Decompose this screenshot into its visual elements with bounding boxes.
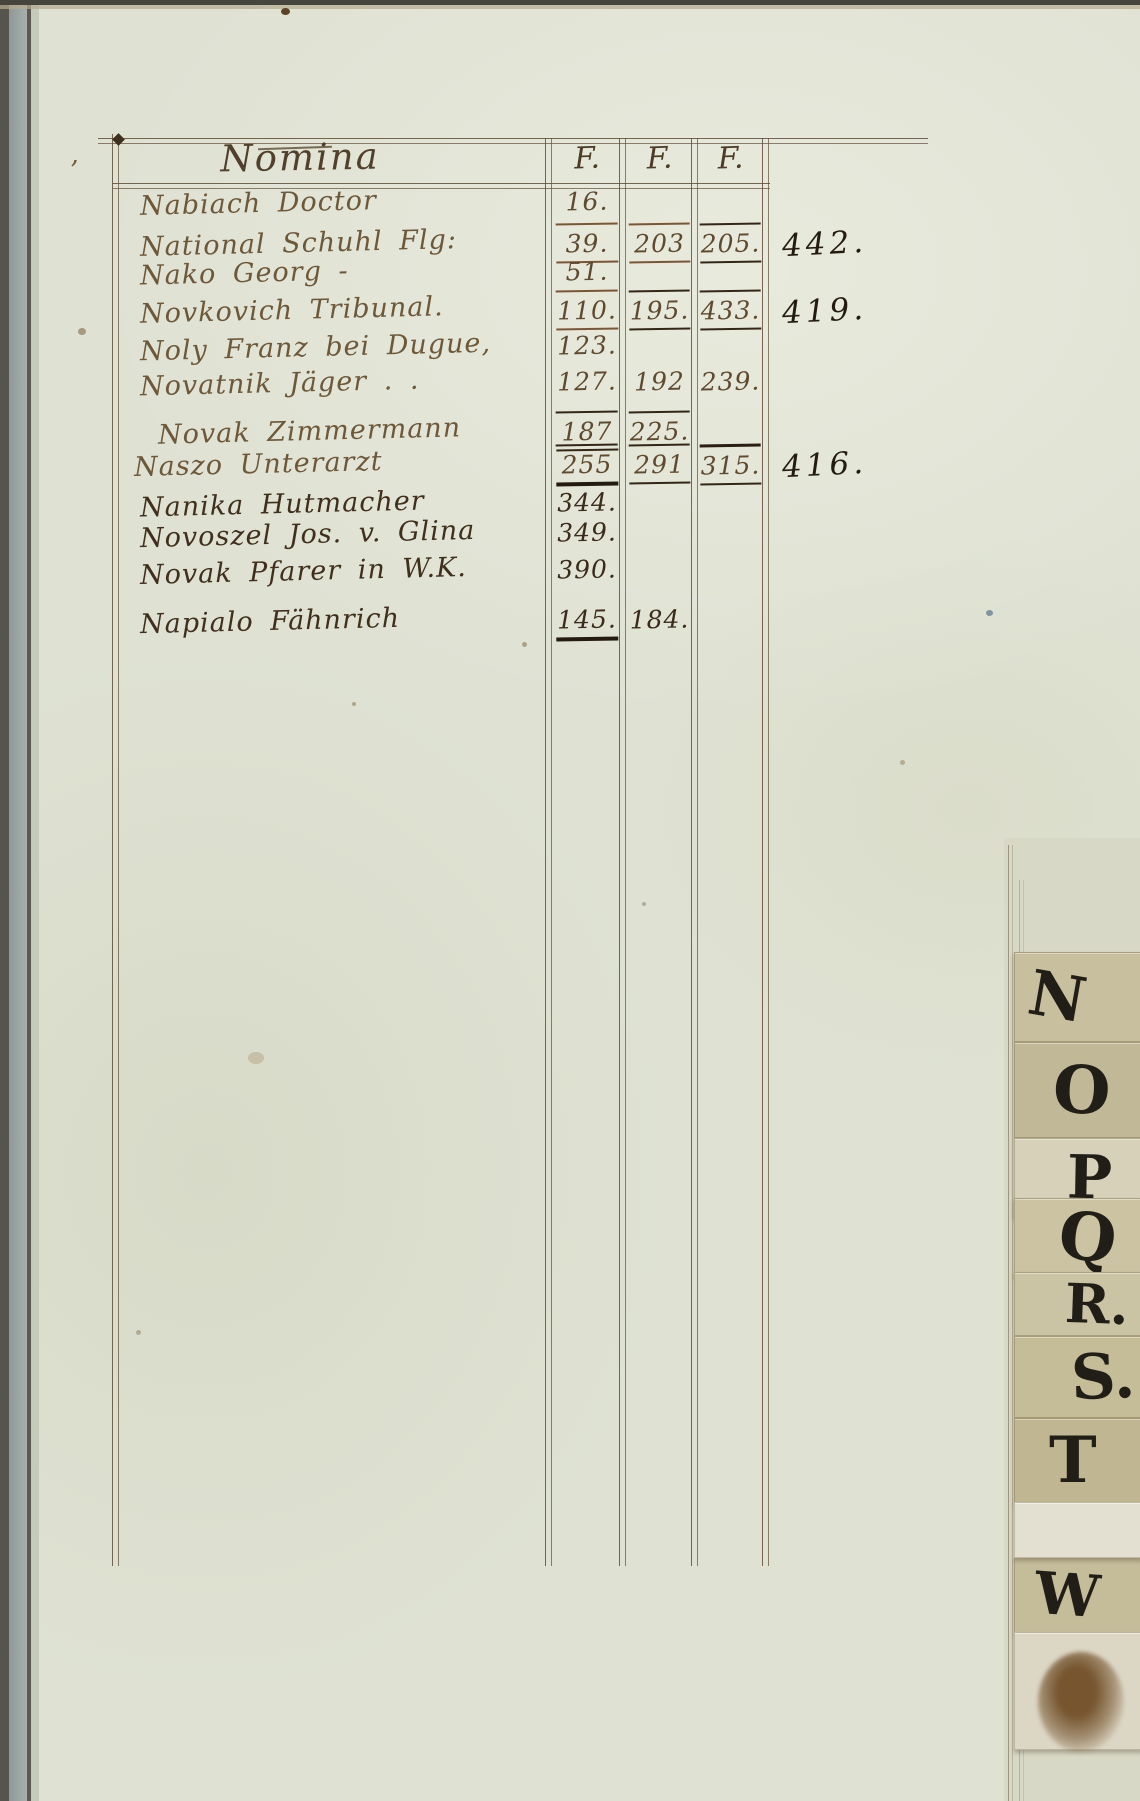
index-tab: R. — [1014, 1272, 1140, 1336]
stray-mark: ’ — [70, 156, 78, 186]
entry-name: Nabiach Doctor — [140, 185, 378, 222]
ruling-line — [691, 138, 698, 1566]
index-tab: N — [1014, 952, 1140, 1042]
speck — [900, 760, 905, 765]
speck — [352, 702, 356, 706]
margin-total: 419. — [781, 291, 868, 331]
folio-cell: 291 — [629, 443, 691, 484]
ledger-page-scan: Nomina F. F. F. Nabiach Doctor16.Nationa… — [0, 0, 1140, 1801]
binding-edge — [9, 0, 27, 1801]
folio-cell: 123. — [556, 326, 619, 363]
speck — [986, 610, 993, 616]
tab-letter: W — [1033, 1564, 1102, 1626]
speck — [642, 902, 646, 906]
folio-cell: 192 — [629, 362, 691, 399]
page-title: Nomina — [180, 134, 421, 181]
speck — [522, 642, 527, 647]
folio-cell: 349. — [556, 513, 619, 550]
index-tab: W — [1014, 1556, 1140, 1634]
index-tab: T — [1014, 1418, 1140, 1504]
tab-letter: N — [1024, 962, 1091, 1033]
folio-cell: 255 — [556, 443, 619, 486]
ruling-line — [545, 138, 552, 1566]
entry-name: Novak Pfarer in W.K. — [140, 552, 467, 591]
blank-tab — [1014, 1502, 1140, 1558]
entry-name: Naszo Unterarzt — [134, 446, 383, 483]
speck — [281, 8, 290, 15]
entry-name: Noly Franz bei Dugue, — [140, 328, 492, 368]
folio-cell: 433. — [700, 289, 762, 330]
folio-cell: 51. — [556, 252, 619, 289]
index-tab: S. — [1014, 1336, 1140, 1418]
entry-name: Novak Zimmermann — [158, 412, 462, 450]
index-tab: Q — [1014, 1198, 1140, 1276]
entry-name: Nako Georg - — [140, 255, 349, 291]
speck — [136, 1330, 141, 1335]
tab-letter: O — [1051, 1056, 1112, 1125]
margin-total: 442. — [781, 224, 868, 264]
tab-letter: Q — [1055, 1201, 1120, 1274]
ruling-line — [619, 138, 626, 1566]
binding-edge — [27, 0, 31, 1801]
folio-header: F. — [628, 135, 690, 181]
folio-cell: 16. — [556, 182, 619, 219]
folio-cell: 145. — [556, 600, 619, 641]
speck — [248, 1052, 264, 1064]
tab-letter: R. — [1064, 1276, 1130, 1332]
margin-total: 416. — [781, 445, 868, 485]
folio-cell: 205. — [700, 222, 762, 263]
folio-cell: 390. — [556, 550, 619, 587]
folio-cell: 127. — [556, 362, 619, 399]
ruling-line — [112, 134, 119, 1566]
folio-cell: 239. — [700, 362, 762, 399]
binding-edge — [0, 0, 9, 1801]
folio-cell: 110. — [556, 289, 619, 330]
folio-header: F. — [555, 135, 618, 181]
ruling-line — [762, 138, 769, 1566]
folio-cell: 184. — [629, 600, 691, 637]
binding-edge — [31, 0, 39, 1801]
entry-name: Novkovich Tribunal. — [140, 291, 444, 329]
ruling-line — [113, 183, 770, 189]
tab-letter: S. — [1070, 1345, 1136, 1409]
folio-cell: 203 — [629, 222, 691, 263]
index-tab: O — [1014, 1042, 1140, 1138]
fold-crease — [1008, 845, 1013, 1801]
ink-stain — [1038, 1652, 1124, 1752]
tab-letter: T — [1049, 1429, 1097, 1493]
folio-cell: 315. — [700, 443, 762, 485]
entry-name: Novatnik Jäger . . — [140, 365, 420, 403]
speck — [78, 328, 86, 335]
folio-header: F. — [699, 135, 761, 181]
page-top-edge — [0, 5, 1140, 9]
folio-cell: 195. — [629, 289, 691, 330]
entry-name: Napialo Fähnrich — [140, 603, 401, 640]
